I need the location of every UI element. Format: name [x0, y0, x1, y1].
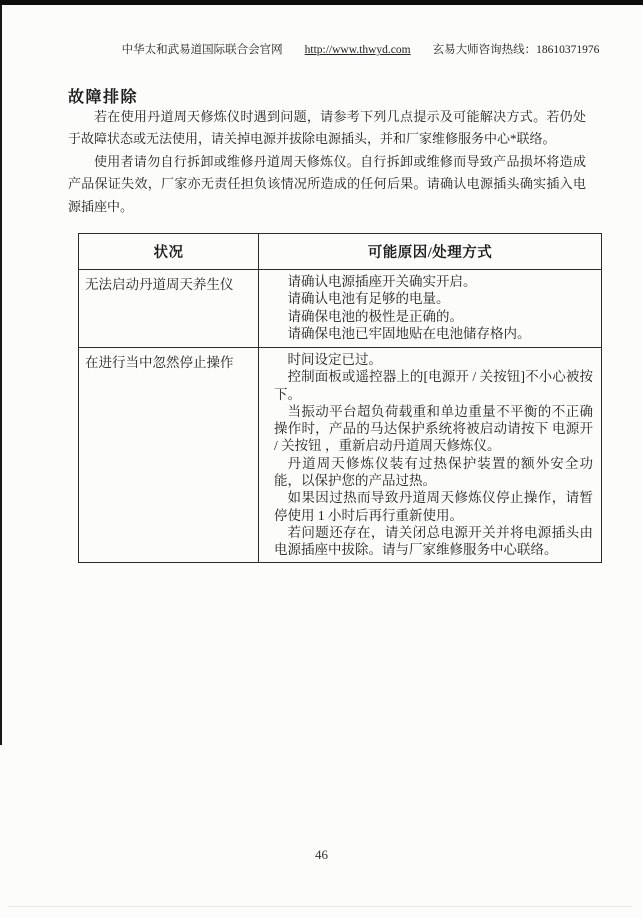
cause-item: 如果因过热而导致丹道周天修炼仪停止操作，请暂停使用 1 小时后再行重新使用。 — [274, 489, 593, 524]
intro-paragraph-2: 使用者请勿自行拆卸或维修丹道周天修炼仪。自行拆卸或维修而导致产品损坏将造成产品保… — [68, 151, 586, 218]
cause-item: 请确认电池有足够的电量。 — [274, 290, 593, 307]
website-link[interactable]: http://www.thwyd.com — [305, 44, 411, 56]
site-name: 中华太和武易道国际联合会官网 — [122, 41, 283, 57]
causes-cell: 时间设定已过。 控制面板或遥控器上的[电源开 / 关按钮]不小心被按下。 当振动… — [259, 348, 602, 563]
situation-cell: 无法启动丹道周天养生仪 — [79, 270, 259, 348]
scan-artifact-top-bar — [0, 0, 643, 5]
table-row: 在进行当中忽然停止操作 时间设定已过。 控制面板或遥控器上的[电源开 / 关按钮… — [79, 348, 602, 563]
scan-artifact-left-edge — [0, 5, 2, 745]
page-title: 故障排除 — [68, 84, 138, 107]
situation-cell: 在进行当中忽然停止操作 — [79, 348, 259, 563]
intro-text: 若在使用丹道周天修炼仪时遇到问题，请参考下列几点提示及可能解决方式。若仍处于故障… — [68, 106, 586, 218]
table-header-row: 状况 可能原因/处理方式 — [79, 234, 602, 270]
column-header-situation: 状况 — [79, 234, 259, 270]
page-header: 中华太和武易道国际联合会官网 http://www.thwyd.com 玄易大师… — [78, 41, 643, 57]
cause-item: 当振动平台超负荷载重和单边重量不平衡的不正确操作时，产品的马达保护系统将被启动请… — [274, 403, 593, 455]
document-page: 中华太和武易道国际联合会官网 http://www.thwyd.com 玄易大师… — [0, 0, 643, 918]
scan-artifact-bottom-edge — [8, 906, 632, 907]
cause-item: 请确保电池的极性是正确的。 — [274, 308, 593, 325]
table-row: 无法启动丹道周天养生仪 请确认电源插座开关确实开启。 请确认电池有足够的电量。 … — [79, 270, 602, 348]
cause-item: 丹道周天修炼仪装有过热保护装置的额外安全功能，以保护您的产品过热。 — [274, 455, 593, 490]
intro-paragraph-1: 若在使用丹道周天修炼仪时遇到问题，请参考下列几点提示及可能解决方式。若仍处于故障… — [68, 106, 586, 151]
hotline-text: 玄易大师咨询热线：18610371976 — [433, 41, 600, 57]
cause-item: 控制面板或遥控器上的[电源开 / 关按钮]不小心被按下。 — [274, 368, 593, 403]
cause-item: 时间设定已过。 — [274, 351, 593, 368]
cause-item: 请确认电源插座开关确实开启。 — [274, 273, 593, 290]
column-header-cause: 可能原因/处理方式 — [259, 234, 602, 270]
cause-item: 若问题还存在，请关闭总电源开关并将电源插头由电源插座中拔除。请与厂家维修服务中心… — [274, 524, 593, 559]
causes-cell: 请确认电源插座开关确实开启。 请确认电池有足够的电量。 请确保电池的极性是正确的… — [259, 270, 602, 348]
page-number: 46 — [0, 847, 643, 863]
cause-item: 请确保电池已牢固地贴在电池储存格内。 — [274, 325, 593, 342]
troubleshooting-table: 状况 可能原因/处理方式 无法启动丹道周天养生仪 请确认电源插座开关确实开启。 … — [78, 233, 602, 563]
